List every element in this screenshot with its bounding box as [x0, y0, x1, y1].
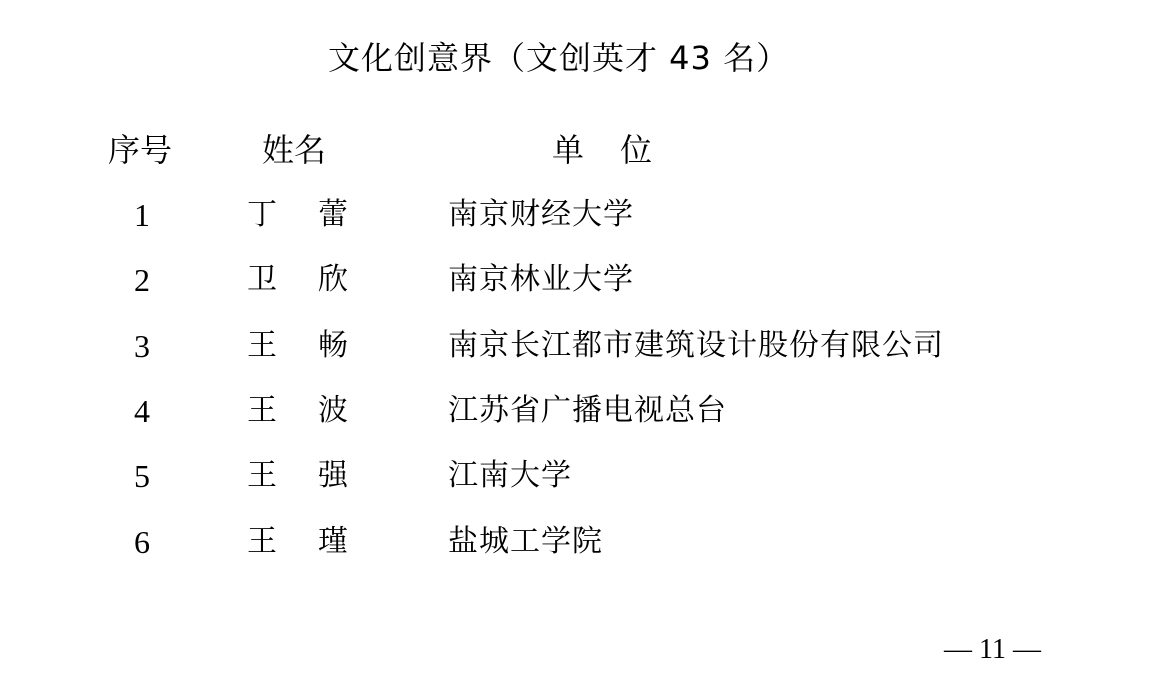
- row-unit: 江苏省广播电视总台: [448, 389, 727, 433]
- row-given-name: 波: [318, 389, 348, 433]
- row-unit: 南京长江都市建筑设计股份有限公司: [448, 324, 944, 368]
- list-row: 1 丁 蕾 南京财经大学: [0, 193, 1160, 237]
- row-given-name: 欣: [318, 258, 348, 302]
- document-title: 文化创意界（文创英才 43 名）: [328, 36, 789, 80]
- row-unit: 盐城工学院: [448, 520, 603, 564]
- row-given-name: 瑾: [318, 520, 348, 564]
- row-surname: 王: [247, 324, 277, 368]
- list-row: 4 王 波 江苏省广播电视总台: [0, 389, 1160, 433]
- row-surname: 卫: [247, 258, 277, 302]
- row-unit: 南京林业大学: [448, 258, 634, 302]
- row-surname: 王: [247, 389, 277, 433]
- list-row: 6 王 瑾 盐城工学院: [0, 520, 1160, 564]
- row-surname: 王: [247, 454, 277, 498]
- row-given-name: 强: [318, 454, 348, 498]
- row-surname: 王: [247, 520, 277, 564]
- list-row: 3 王 畅 南京长江都市建筑设计股份有限公司: [0, 324, 1160, 368]
- column-header-unit: 单位: [552, 128, 688, 172]
- list-row: 2 卫 欣 南京林业大学: [0, 258, 1160, 302]
- row-seq: 3: [134, 324, 150, 368]
- row-seq: 5: [134, 454, 150, 498]
- column-header-name: 姓名: [262, 128, 326, 172]
- row-seq: 6: [134, 520, 150, 564]
- row-unit: 江南大学: [448, 454, 572, 498]
- row-seq: 2: [134, 258, 150, 302]
- row-given-name: 蕾: [318, 193, 348, 237]
- list-row: 5 王 强 江南大学: [0, 454, 1160, 498]
- row-unit: 南京财经大学: [448, 193, 634, 237]
- row-surname: 丁: [247, 193, 277, 237]
- column-header-seq: 序号: [108, 128, 172, 172]
- row-seq: 1: [134, 193, 150, 237]
- page-number: — 11 —: [944, 630, 1041, 670]
- row-given-name: 畅: [318, 324, 348, 368]
- row-seq: 4: [134, 389, 150, 433]
